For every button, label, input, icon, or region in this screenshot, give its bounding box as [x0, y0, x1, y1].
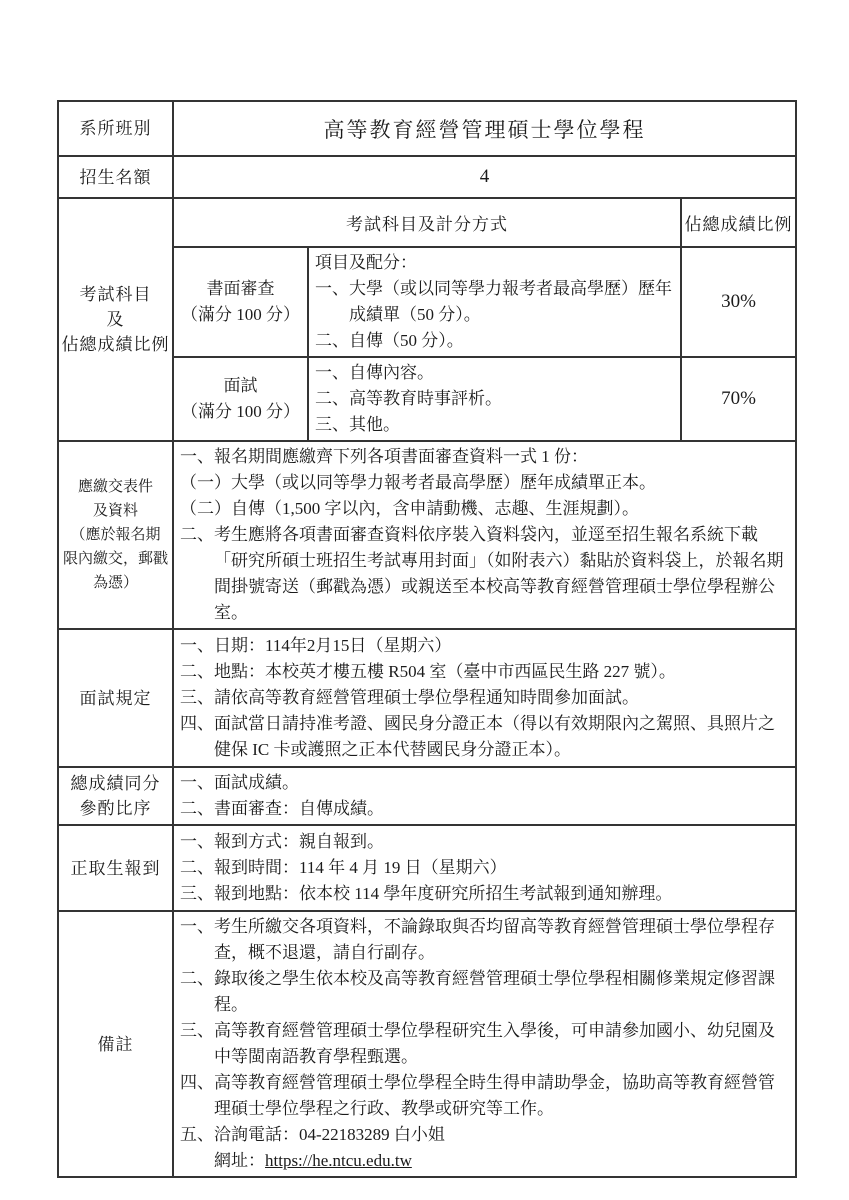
row-department: 系所班別 高等教育經營管理碩士學位學程 [58, 101, 796, 156]
list-item: 三、高等教育經營管理碩士學位學程研究生入學後，可申請參加國小、幼兒園及中等閩南語… [180, 1018, 787, 1070]
documents-label-line: （應於報名期 [59, 523, 172, 547]
notes-content-cell: 一、考生所繳交各項資料，不論錄取與否均留高等教育經營管理碩士學位學程存查，概不退… [173, 911, 796, 1177]
tiebreak-label-line: 參酌比序 [59, 796, 172, 821]
documents-label-cell: 應繳交表件 及資料 （應於報名期 限內繳交，郵戳 為憑） [58, 441, 173, 629]
row-interview-rules: 面試規定 一、日期：114年2月15日（星期六） 二、地點：本校英才樓五樓 R5… [58, 629, 796, 767]
list-item: 二、錄取後之學生依本校及高等教育經營管理碩士學位學程相關修業規定修習課程。 [180, 966, 787, 1018]
row-admitted-registration: 正取生報到 一、報到方式：親自報到。 二、報到時間：114 年 4 月 19 日… [58, 825, 796, 911]
list-item: 一、報到方式：親自報到。 [180, 829, 787, 855]
interview-rules-label-cell: 面試規定 [58, 629, 173, 767]
list-item: 三、報到地點：依本校 114 學年度研究所招生考試報到通知辦理。 [180, 881, 787, 907]
list-item: 五、洽詢電話：04-22183289 白小姐 [180, 1122, 787, 1148]
list-item: 二、高等教育時事評析。 [315, 386, 672, 412]
ratio-value: 70% [682, 388, 795, 410]
row-tiebreak-order: 總成績同分 參酌比序 一、面試成績。 二、書面審查：自傳成績。 [58, 767, 796, 825]
exam-label-line: 及 [59, 307, 172, 332]
exam-label-line: 佔總成績比例 [59, 332, 172, 357]
list-item: 項目及配分： [315, 250, 672, 276]
list-item: 一、面試成績。 [180, 770, 787, 796]
documents-label-line: 應繳交表件 [59, 475, 172, 499]
notes-label-cell: 備註 [58, 911, 173, 1177]
notes-label: 備註 [59, 1032, 172, 1057]
tiebreak-content-cell: 一、面試成績。 二、書面審查：自傳成績。 [173, 767, 796, 825]
subject-name: 面試 [174, 373, 307, 399]
list-item: 三、請依高等教育經營管理碩士學位學程通知時間參加面試。 [180, 685, 787, 711]
exam-ratio-header-cell: 佔總成績比例 [681, 198, 796, 247]
exam-subjects-header: 考試科目及計分方式 [174, 210, 680, 235]
interview-rules-content-cell: 一、日期：114年2月15日（星期六） 二、地點：本校英才樓五樓 R504 室（… [173, 629, 796, 767]
row-required-documents: 應繳交表件 及資料 （應於報名期 限內繳交，郵戳 為憑） 一、報名期間應繳齊下列… [58, 441, 796, 629]
quota-label: 招生名額 [59, 165, 172, 190]
website-label: 網址： [214, 1151, 265, 1170]
exam-label-cell: 考試科目 及 佔總成績比例 [58, 198, 173, 441]
admission-info-table: 系所班別 高等教育經營管理碩士學位學程 招生名額 4 考試科目 及 佔總成績比例… [57, 100, 797, 1178]
interview-detail-cell: 一、自傳內容。 二、高等教育時事評析。 三、其他。 [308, 357, 681, 441]
interview-ratio-cell: 70% [681, 357, 796, 441]
ratio-value: 30% [682, 291, 795, 313]
written-review-ratio-cell: 30% [681, 247, 796, 357]
list-item: 一、大學（或以同等學力報考者最高學歷）歷年成績單（50 分）。 [315, 276, 672, 328]
quota-value: 4 [174, 166, 795, 188]
list-item: 三、其他。 [315, 412, 672, 438]
department-value-cell: 高等教育經營管理碩士學位學程 [173, 101, 796, 156]
row-quota: 招生名額 4 [58, 156, 796, 198]
scanned-document-page: 系所班別 高等教育經營管理碩士學位學程 招生名額 4 考試科目 及 佔總成績比例… [0, 0, 849, 1200]
list-item: 一、自傳內容。 [315, 360, 672, 386]
list-item: 二、自傳（50 分）。 [315, 328, 672, 354]
tiebreak-label-cell: 總成績同分 參酌比序 [58, 767, 173, 825]
documents-label-line: 為憑） [59, 571, 172, 595]
quota-label-cell: 招生名額 [58, 156, 173, 198]
list-item: 一、報名期間應繳齊下列各項書面審查資料一式 1 份： [180, 444, 787, 470]
written-review-detail-cell: 項目及配分： 一、大學（或以同等學力報考者最高學歷）歷年成績單（50 分）。 二… [308, 247, 681, 357]
documents-label-line: 及資料 [59, 499, 172, 523]
exam-ratio-header: 佔總成績比例 [682, 210, 795, 235]
list-item: 二、考生應將各項書面審查資料依序裝入資料袋內，並逕至招生報名系統下載「研究所碩士… [180, 522, 787, 626]
registration-label-cell: 正取生報到 [58, 825, 173, 911]
documents-content-cell: 一、報名期間應繳齊下列各項書面審查資料一式 1 份： （一）大學（或以同等學力報… [173, 441, 796, 629]
tiebreak-label-line: 總成績同分 [59, 771, 172, 796]
documents-label-line: 限內繳交，郵戳 [59, 547, 172, 571]
list-item: 二、書面審查：自傳成績。 [180, 796, 787, 822]
row-exam-header: 考試科目 及 佔總成績比例 考試科目及計分方式 佔總成績比例 [58, 198, 796, 247]
list-item: （二）自傳（1,500 字以內，含申請動機、志趣、生涯規劃）。 [180, 496, 787, 522]
department-label: 系所班別 [59, 116, 172, 141]
interview-rules-label: 面試規定 [59, 686, 172, 711]
list-item: 一、日期：114年2月15日（星期六） [180, 633, 787, 659]
quota-value-cell: 4 [173, 156, 796, 198]
row-notes: 備註 一、考生所繳交各項資料，不論錄取與否均留高等教育經營管理碩士學位學程存查，… [58, 911, 796, 1177]
list-item: 一、考生所繳交各項資料，不論錄取與否均留高等教育經營管理碩士學位學程存查，概不退… [180, 914, 787, 966]
interview-subject-cell: 面試 （滿分 100 分） [173, 357, 308, 441]
program-title: 高等教育經營管理碩士學位學程 [174, 114, 795, 144]
list-item: 四、高等教育經營管理碩士學位學程全時生得申請助學金，協助高等教育經營管理碩士學位… [180, 1070, 787, 1122]
subject-fullmark: （滿分 100 分） [174, 302, 307, 328]
exam-subjects-header-cell: 考試科目及計分方式 [173, 198, 681, 247]
list-item: 二、報到時間：114 年 4 月 19 日（星期六） [180, 855, 787, 881]
list-item: （一）大學（或以同等學力報考者最高學歷）歷年成績單正本。 [180, 470, 787, 496]
department-label-cell: 系所班別 [58, 101, 173, 156]
list-item: 二、地點：本校英才樓五樓 R504 室（臺中市西區民生路 227 號）。 [180, 659, 787, 685]
subject-fullmark: （滿分 100 分） [174, 399, 307, 425]
website-line: 網址：https://he.ntcu.edu.tw [180, 1148, 787, 1174]
exam-label-line: 考試科目 [59, 282, 172, 307]
website-link[interactable]: https://he.ntcu.edu.tw [265, 1151, 412, 1170]
registration-content-cell: 一、報到方式：親自報到。 二、報到時間：114 年 4 月 19 日（星期六） … [173, 825, 796, 911]
written-review-subject-cell: 書面審查 （滿分 100 分） [173, 247, 308, 357]
list-item: 四、面試當日請持准考證、國民身分證正本（得以有效期限內之駕照、具照片之健保 IC… [180, 711, 787, 763]
subject-name: 書面審查 [174, 276, 307, 302]
registration-label: 正取生報到 [59, 856, 172, 881]
